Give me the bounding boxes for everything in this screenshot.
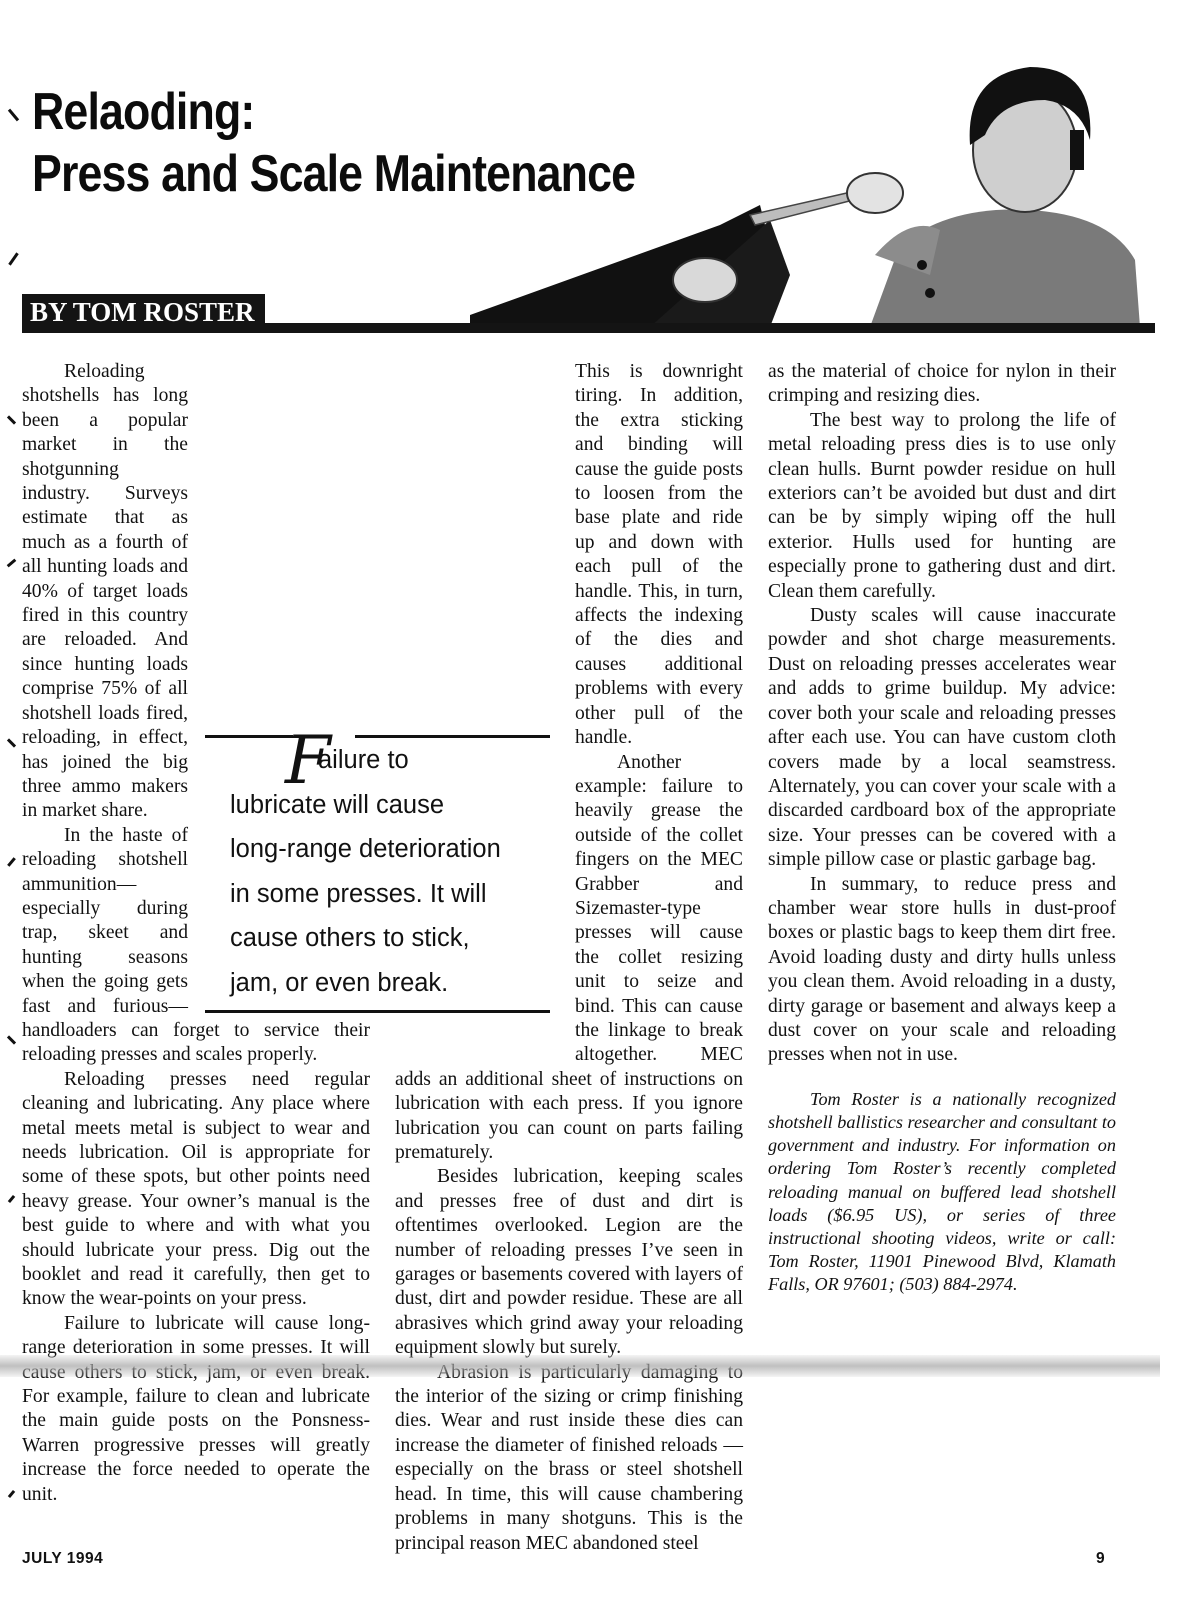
page-number: 9 (1096, 1550, 1105, 1568)
scan-mark (7, 738, 16, 747)
paragraph: Besides lubrication, keeping scales and … (395, 1165, 743, 1360)
pull-quote-bottom-rule (205, 1010, 550, 1013)
column-3: as the material of choice for nylon in t… (768, 360, 1116, 1297)
scan-mark (7, 415, 16, 424)
scan-mark (8, 1490, 15, 1498)
pull-quote-line: in some presses. It will (230, 872, 550, 917)
pull-quote-line: cause others to stick, (230, 916, 550, 961)
paragraph: Dusty scales will cause inaccurate powde… (768, 604, 1116, 872)
scan-mark (8, 252, 18, 265)
scan-mark (8, 1195, 15, 1203)
author-photo (470, 45, 1160, 327)
author-bio: Tom Roster is a nationally recognized sh… (768, 1088, 1116, 1297)
paragraph: as the material of choice for nylon in t… (768, 360, 1116, 409)
paragraph: Abrasion is particularly damaging to the… (395, 1361, 743, 1556)
scan-mark (7, 857, 16, 867)
scan-artifact-band (0, 1355, 1160, 1377)
paragraph: Failure to lubricate will cause long-ran… (22, 1312, 370, 1507)
scan-mark (8, 109, 19, 122)
pull-quote-line: long-range deterioration (230, 827, 550, 872)
paragraph: The best way to prolong the life of meta… (768, 409, 1116, 604)
pull-quote-line: jam, or even break. (230, 961, 550, 1006)
paragraph: Reloading presses need regular cleaning … (22, 1068, 370, 1312)
scan-mark (7, 1035, 16, 1044)
issue-date: JULY 1994 (22, 1550, 103, 1568)
paragraph: In summary, to reduce press and chamber … (768, 873, 1116, 1068)
pull-quote-line: ailure to (230, 738, 550, 783)
article-title-line-1: Relaoding: (32, 86, 254, 138)
pull-quote: F ailure to lubricate will cause long-ra… (205, 718, 550, 1023)
pull-quote-line: lubricate will cause (230, 783, 550, 828)
pull-quote-text: ailure to lubricate will cause long-rang… (230, 738, 550, 1005)
header-rule (22, 323, 1155, 333)
scan-mark (7, 559, 17, 568)
